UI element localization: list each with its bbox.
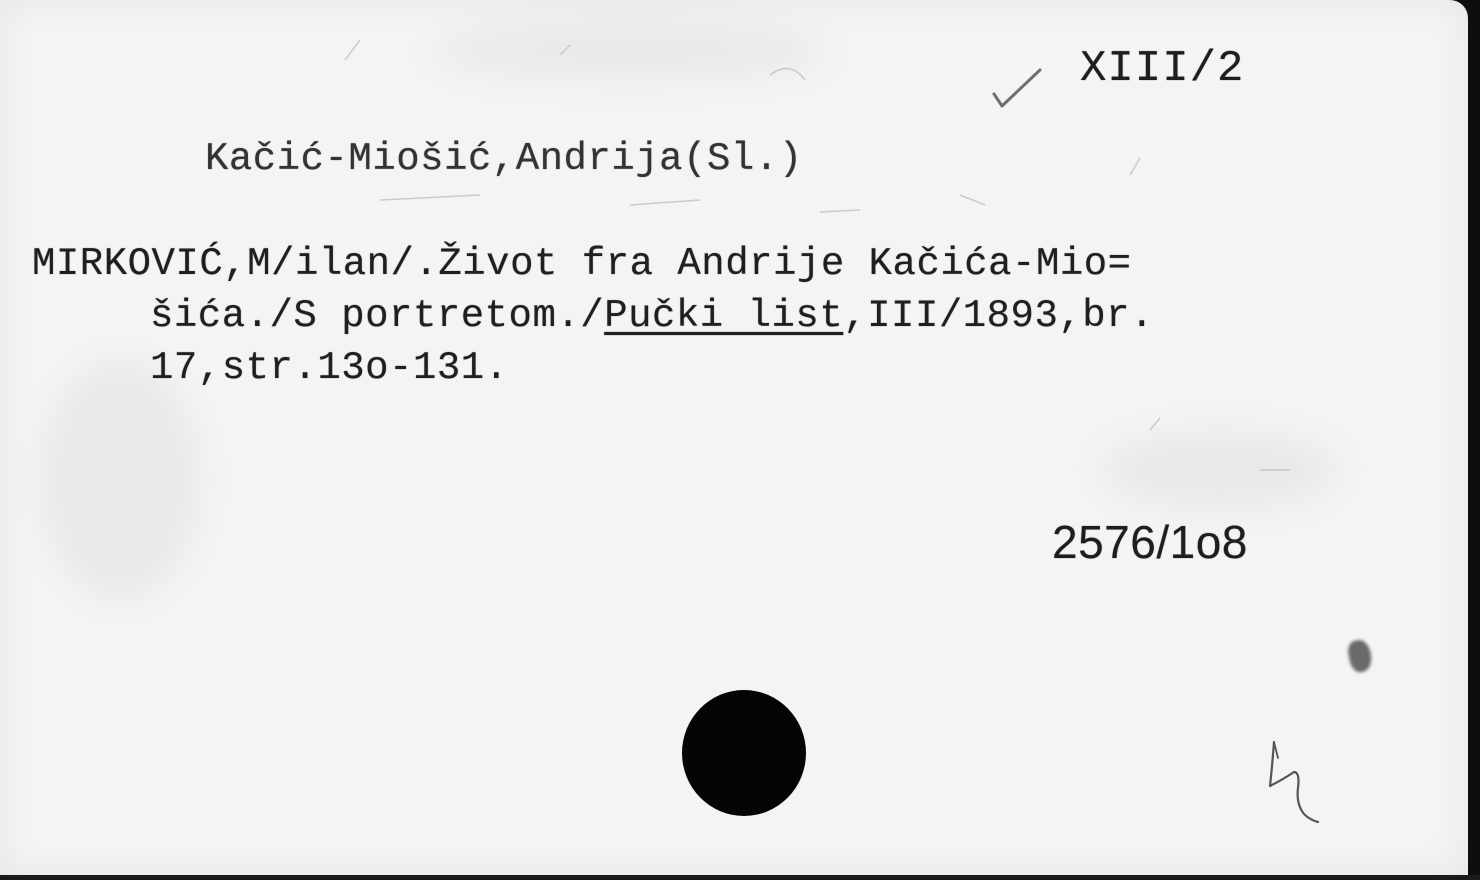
subject-heading: Kačić-Miošić,Andrija(Sl.) <box>205 137 803 181</box>
check-mark-icon <box>988 62 1048 112</box>
scanned-card-image: XIII/2 Kačić-Miošić,Andrija(Sl.) MIRKOVI… <box>0 0 1480 880</box>
paper-smudge <box>430 20 830 80</box>
entry-line-2: šića./S portretom./Pučki list,III/1893,b… <box>150 294 1154 338</box>
call-number: XIII/2 <box>1080 44 1244 94</box>
entry-line-2-suffix: ,III/1893,br. <box>843 294 1154 338</box>
entry-line-2-prefix: šića./S portretom./ <box>150 294 604 338</box>
accession-number: 2576/1o8 <box>1052 515 1248 569</box>
paper-smudge <box>40 360 200 600</box>
scan-border <box>0 875 1480 880</box>
catalog-card: XIII/2 Kačić-Miošić,Andrija(Sl.) MIRKOVI… <box>0 0 1468 875</box>
entry-line-3: 17,str.13o-131. <box>150 346 509 390</box>
punch-hole <box>682 690 806 816</box>
ink-blot <box>1346 638 1374 674</box>
handwritten-mark-icon <box>1262 738 1322 828</box>
entry-line-1: MIRKOVIĆ,M/ilan/.Život fra Andrije Kačić… <box>32 242 1132 286</box>
paper-smudge <box>1100 430 1340 510</box>
periodical-title: Pučki list <box>604 294 843 338</box>
